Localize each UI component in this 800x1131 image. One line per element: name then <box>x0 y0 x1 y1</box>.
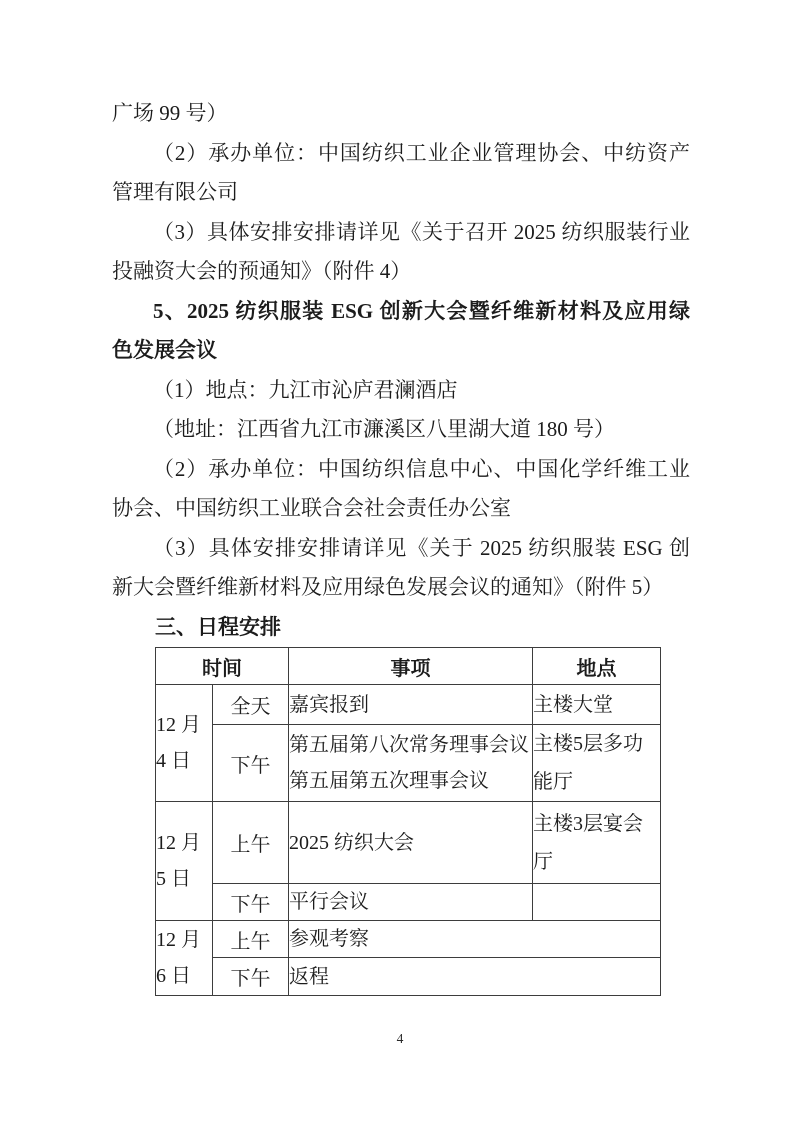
paragraph-line: （2）承办单位：中国纺织工业企业管理协会、中纺资产 <box>112 134 690 174</box>
location-cell: 主楼3层宴会厅 <box>533 802 661 884</box>
paragraph-line: （2）承办单位：中国纺织信息中心、中国化学纤维工业 <box>112 450 690 490</box>
paragraph-line: 管理有限公司 <box>112 173 690 213</box>
section-heading: 三、日程安排 <box>112 608 690 648</box>
event-cell: 参观考察 <box>289 921 661 958</box>
date-day: 5 日 <box>156 861 212 897</box>
date-month: 12 月 <box>156 707 212 743</box>
table-row: 下午 第五届第八次常务理事会议 第五届第五次理事会议 主楼5层多功能厅 <box>156 725 661 802</box>
date-month: 12 月 <box>156 825 212 861</box>
subsection-heading-line: 色发展会议 <box>112 331 690 371</box>
paragraph-line: 投融资大会的预通知》（附件 4） <box>112 252 690 292</box>
event-cell: 嘉宾报到 <box>289 685 533 725</box>
table-header-location: 地点 <box>533 648 661 685</box>
paragraph-line: （3）具体安排安排请详见《关于召开 2025 纺织服装行业 <box>112 213 690 253</box>
paragraph-line: 广场 99 号） <box>112 94 690 134</box>
date-cell: 12 月 5 日 <box>156 802 213 921</box>
date-cell: 12 月 6 日 <box>156 921 213 996</box>
event-cell: 返程 <box>289 958 661 996</box>
body-text: 广场 99 号） （2）承办单位：中国纺织工业企业管理协会、中纺资产 管理有限公… <box>112 94 690 647</box>
document-page: 广场 99 号） （2）承办单位：中国纺织工业企业管理协会、中纺资产 管理有限公… <box>0 0 800 1131</box>
date-cell: 12 月 4 日 <box>156 685 213 802</box>
subsection-heading-line: 5、2025 纺织服装 ESG 创新大会暨纤维新材料及应用绿 <box>112 292 690 332</box>
schedule-table: 时间 事项 地点 12 月 4 日 全天 嘉宾报到 主楼大堂 下午 第五届第八次… <box>155 647 661 996</box>
location-cell <box>533 884 661 921</box>
paragraph-line: （地址：江西省九江市濂溪区八里湖大道 180 号） <box>112 410 690 450</box>
location-cell: 主楼大堂 <box>533 685 661 725</box>
table-row: 下午 平行会议 <box>156 884 661 921</box>
event-line: 第五届第八次常务理事会议 <box>289 727 532 763</box>
date-day: 6 日 <box>156 958 212 994</box>
date-month: 12 月 <box>156 922 212 958</box>
table-header-event: 事项 <box>289 648 533 685</box>
period-cell: 上午 <box>213 921 289 958</box>
paragraph-line: 新大会暨纤维新材料及应用绿色发展会议的通知》（附件 5） <box>112 568 690 608</box>
event-line: 第五届第五次理事会议 <box>289 763 532 799</box>
paragraph-line: （3）具体安排安排请详见《关于 2025 纺织服装 ESG 创 <box>112 529 690 569</box>
period-cell: 上午 <box>213 802 289 884</box>
event-cell: 2025 纺织大会 <box>289 802 533 884</box>
event-cell: 平行会议 <box>289 884 533 921</box>
table-row: 下午 返程 <box>156 958 661 996</box>
location-cell: 主楼5层多功能厅 <box>533 725 661 802</box>
paragraph-line: （1）地点：九江市沁庐君澜酒店 <box>112 371 690 411</box>
page-number: 4 <box>0 1031 800 1047</box>
date-day: 4 日 <box>156 743 212 779</box>
table-row: 12 月 5 日 上午 2025 纺织大会 主楼3层宴会厅 <box>156 802 661 884</box>
table-row: 12 月 6 日 上午 参观考察 <box>156 921 661 958</box>
table-row: 12 月 4 日 全天 嘉宾报到 主楼大堂 <box>156 685 661 725</box>
period-cell: 下午 <box>213 725 289 802</box>
table-header-row: 时间 事项 地点 <box>156 648 661 685</box>
table-header-time: 时间 <box>156 648 289 685</box>
period-cell: 下午 <box>213 884 289 921</box>
period-cell: 下午 <box>213 958 289 996</box>
paragraph-line: 协会、中国纺织工业联合会社会责任办公室 <box>112 489 690 529</box>
period-cell: 全天 <box>213 685 289 725</box>
event-cell: 第五届第八次常务理事会议 第五届第五次理事会议 <box>289 725 533 802</box>
